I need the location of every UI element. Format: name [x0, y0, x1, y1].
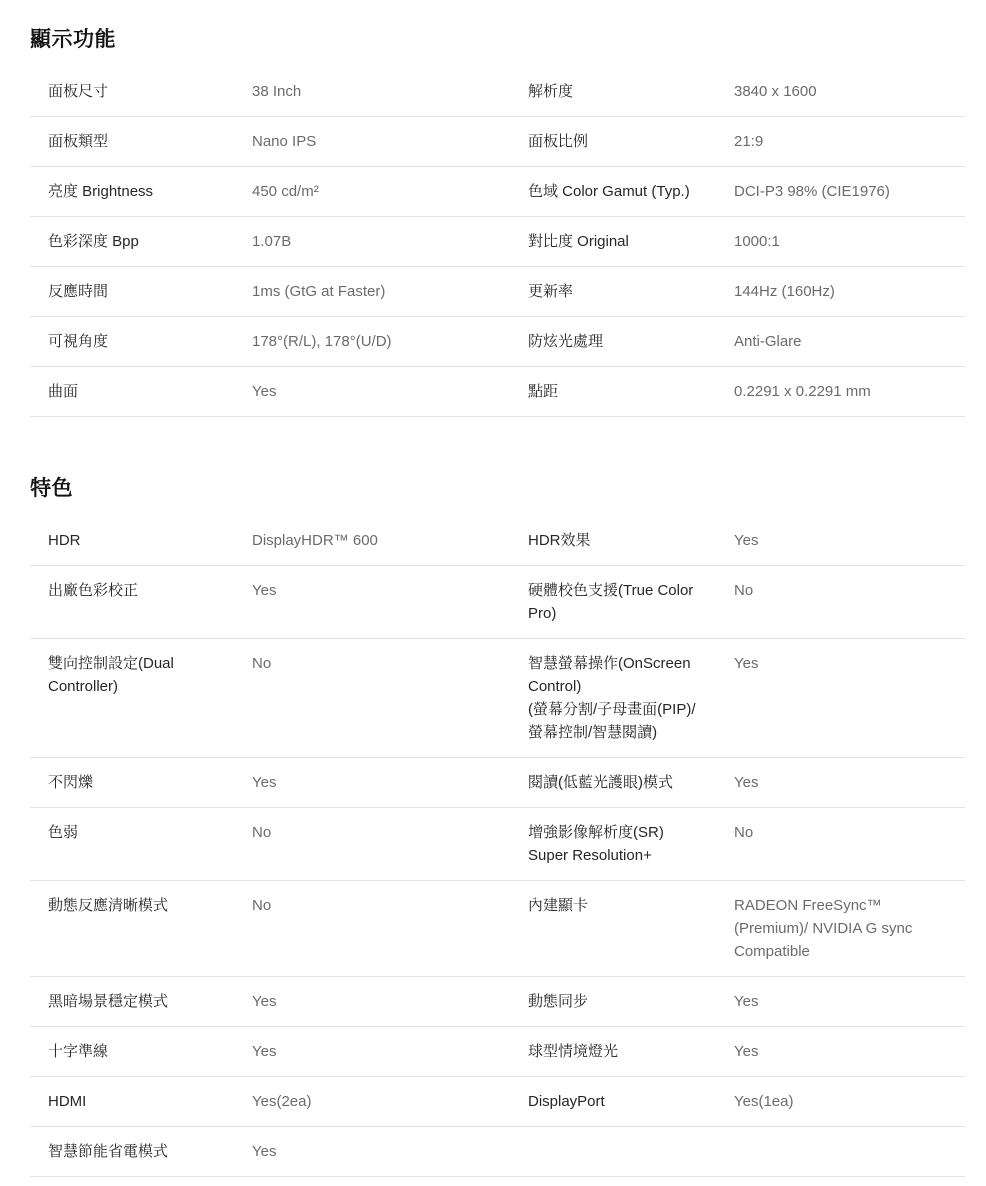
spec-value: 144Hz (160Hz): [734, 267, 965, 316]
spec-label: 可視角度: [30, 317, 252, 366]
spec-value: Anti-Glare: [734, 317, 965, 366]
spec-label: 不閃爍: [30, 758, 252, 807]
spec-table: HDRDisplayHDR™ 600HDR效果Yes出廠色彩校正Yes硬體校色支…: [30, 516, 965, 1177]
spec-value: Yes: [252, 1127, 528, 1176]
spec-label: 面板比例: [528, 117, 734, 166]
spec-value: Yes: [252, 977, 528, 1026]
spec-label: 解析度: [528, 67, 734, 116]
spec-row: 出廠色彩校正Yes硬體校色支援(True Color Pro)No: [30, 566, 965, 639]
spec-value: Yes: [252, 367, 528, 416]
spec-label: [528, 1127, 734, 1176]
spec-label: 出廠色彩校正: [30, 566, 252, 638]
spec-table: 面板尺寸38 Inch解析度3840 x 1600面板類型Nano IPS面板比…: [30, 67, 965, 417]
spec-value: [734, 1127, 965, 1176]
spec-row: 黑暗場景穩定模式Yes動態同步Yes: [30, 977, 965, 1027]
spec-row: 面板類型Nano IPS面板比例21:9: [30, 117, 965, 167]
spec-label: 動態反應清晰模式: [30, 881, 252, 976]
spec-label: 點距: [528, 367, 734, 416]
spec-row: 色彩深度 Bpp1.07B對比度 Original1000:1: [30, 217, 965, 267]
spec-value: RADEON FreeSync™ (Premium)/ NVIDIA G syn…: [734, 881, 965, 976]
spec-row: 亮度 Brightness450 cd/m²色域 Color Gamut (Ty…: [30, 167, 965, 217]
spec-label: 防炫光處理: [528, 317, 734, 366]
spec-value: Yes: [734, 1027, 965, 1076]
spec-value: Yes: [734, 639, 965, 757]
spec-value: No: [734, 808, 965, 880]
spec-label: 更新率: [528, 267, 734, 316]
spec-value: Yes(2ea): [252, 1077, 528, 1126]
spec-row: 不閃爍Yes閱讀(低藍光護眼)模式Yes: [30, 758, 965, 808]
spec-value: DisplayHDR™ 600: [252, 516, 528, 565]
spec-label: HDMI: [30, 1077, 252, 1126]
spec-label: HDR效果: [528, 516, 734, 565]
spec-value: Yes: [252, 566, 528, 638]
spec-value: Yes: [252, 1027, 528, 1076]
spec-value: No: [734, 566, 965, 638]
spec-label: 面板類型: [30, 117, 252, 166]
spec-label: 增強影像解析度(SR) Super Resolution+: [528, 808, 734, 880]
spec-value: No: [252, 639, 528, 757]
spec-label: 色弱: [30, 808, 252, 880]
spec-label: 黑暗場景穩定模式: [30, 977, 252, 1026]
spec-value: 450 cd/m²: [252, 167, 528, 216]
spec-value: 1000:1: [734, 217, 965, 266]
spec-label: 智慧螢幕操作(OnScreen Control) (螢幕分割/子母畫面(PIP)…: [528, 639, 734, 757]
display-features-section: 顯示功能 面板尺寸38 Inch解析度3840 x 1600面板類型Nano I…: [30, 25, 965, 417]
spec-value: 21:9: [734, 117, 965, 166]
spec-row: 反應時間1ms (GtG at Faster)更新率144Hz (160Hz): [30, 267, 965, 317]
spec-row: 十字準線Yes球型情境燈光Yes: [30, 1027, 965, 1077]
spec-label: 曲面: [30, 367, 252, 416]
spec-row: HDRDisplayHDR™ 600HDR效果Yes: [30, 516, 965, 566]
spec-value: 3840 x 1600: [734, 67, 965, 116]
spec-label: 色彩深度 Bpp: [30, 217, 252, 266]
spec-value: DCI-P3 98% (CIE1976): [734, 167, 965, 216]
spec-row: 動態反應清晰模式No內建顯卡RADEON FreeSync™ (Premium)…: [30, 881, 965, 977]
spec-value: No: [252, 808, 528, 880]
spec-label: HDR: [30, 516, 252, 565]
spec-value: 38 Inch: [252, 67, 528, 116]
spec-row: 曲面Yes點距0.2291 x 0.2291 mm: [30, 367, 965, 417]
spec-label: 內建顯卡: [528, 881, 734, 976]
spec-label: 反應時間: [30, 267, 252, 316]
spec-label: 雙向控制設定(Dual Controller): [30, 639, 252, 757]
spec-page: 顯示功能 面板尺寸38 Inch解析度3840 x 1600面板類型Nano I…: [0, 0, 986, 1186]
spec-label: 硬體校色支援(True Color Pro): [528, 566, 734, 638]
spec-value: 178°(R/L), 178°(U/D): [252, 317, 528, 366]
spec-value: Nano IPS: [252, 117, 528, 166]
spec-label: 色域 Color Gamut (Typ.): [528, 167, 734, 216]
spec-row: HDMIYes(2ea)DisplayPortYes(1ea): [30, 1077, 965, 1127]
spec-label: 球型情境燈光: [528, 1027, 734, 1076]
spec-row: 雙向控制設定(Dual Controller)No智慧螢幕操作(OnScreen…: [30, 639, 965, 758]
spec-label: 面板尺寸: [30, 67, 252, 116]
spec-value: 1.07B: [252, 217, 528, 266]
section-title-display-features: 顯示功能: [30, 25, 965, 54]
spec-row: 智慧節能省電模式Yes: [30, 1127, 965, 1177]
spec-value: Yes(1ea): [734, 1077, 965, 1126]
spec-value: No: [252, 881, 528, 976]
section-title-special-features: 特色: [30, 474, 965, 503]
spec-value: 0.2291 x 0.2291 mm: [734, 367, 965, 416]
spec-value: Yes: [734, 758, 965, 807]
spec-row: 面板尺寸38 Inch解析度3840 x 1600: [30, 67, 965, 117]
spec-label: DisplayPort: [528, 1077, 734, 1126]
spec-value: Yes: [734, 516, 965, 565]
spec-row: 色弱No增強影像解析度(SR) Super Resolution+No: [30, 808, 965, 881]
spec-label: 對比度 Original: [528, 217, 734, 266]
spec-value: Yes: [734, 977, 965, 1026]
spec-label: 閱讀(低藍光護眼)模式: [528, 758, 734, 807]
spec-label: 亮度 Brightness: [30, 167, 252, 216]
special-features-section: 特色 HDRDisplayHDR™ 600HDR效果Yes出廠色彩校正Yes硬體…: [30, 474, 965, 1177]
spec-value: 1ms (GtG at Faster): [252, 267, 528, 316]
spec-row: 可視角度178°(R/L), 178°(U/D)防炫光處理Anti-Glare: [30, 317, 965, 367]
spec-label: 十字準線: [30, 1027, 252, 1076]
spec-value: Yes: [252, 758, 528, 807]
spec-label: 動態同步: [528, 977, 734, 1026]
spec-label: 智慧節能省電模式: [30, 1127, 252, 1176]
